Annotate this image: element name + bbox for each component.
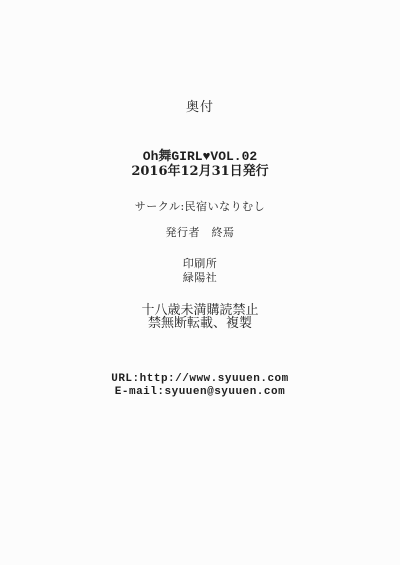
contact-email: E-mail:syuuen@syuuen.com [0, 386, 400, 398]
colophon-page: 奥付 Oh舞GIRL♥VOL.02 2016年12月31日発行 サークル:民宿い… [0, 0, 400, 565]
printer-name: 緑陽社 [0, 272, 400, 284]
colophon-heading: 奥付 [0, 101, 400, 115]
website-url: URL:http://www.syuuen.com [0, 373, 400, 385]
printer-label: 印刷所 [0, 258, 400, 270]
book-title: Oh舞GIRL♥VOL.02 [0, 150, 400, 164]
publisher-name: 発行者 終焉 [0, 227, 400, 239]
publication-date: 2016年12月31日発行 [0, 165, 400, 179]
no-reproduction-notice: 禁無断転載、複製 [0, 317, 400, 331]
circle-name: サークル:民宿いなりむし [0, 201, 400, 213]
